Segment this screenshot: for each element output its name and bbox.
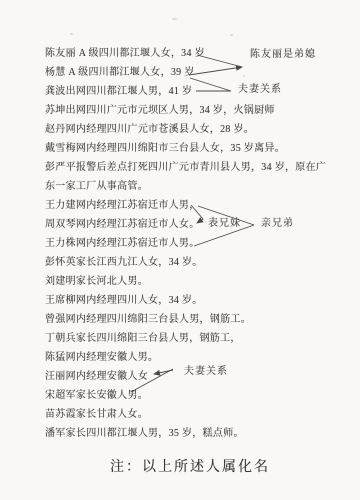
annotation-couple-top: 夫妻关系 [238,84,282,96]
doc-line: 苏坤出网四川广元市元坝区人男，34 岁，火锅厨师 [45,105,275,117]
doc-line: 陈猛网内经理安徽人男。 [45,352,158,364]
doc-line: 周双琴网内经理江苏宿迁市人女。 [45,219,200,231]
arrow-couple-top [190,78,231,91]
scan-speck [172,18,177,20]
doc-line: 彭怀英家长江西九江人女，34 岁。 [45,257,203,269]
scan-speck [70,33,73,35]
annotation-couple-bottom: 夫妻关系 [184,366,228,378]
doc-line: 丁朝兵家长四川绵阳三台县人男，钢筋工， [45,333,241,345]
doc-line: 东一家工厂从事高管。 [45,181,148,193]
doc-line: 刘建明家长河北人男。 [45,276,148,288]
doc-line: 杨慧 A 级四川都江堰人女，39 岁 [45,67,195,79]
scan-speck [243,75,245,77]
doc-line: 彭严平报警后差点打死四川广元市青川县人男，34 岁，原在广 [45,162,326,174]
doc-line: 陈友丽 A 级四川都江堰人女，34 岁 [45,48,205,60]
doc-line: 曾强网内经理四川绵阳三台县人男，钢筋工。 [45,314,251,326]
doc-line: 赵丹网内经理四川广元市苍溪县人女，28 岁。 [45,124,254,136]
scanned-document-page: 陈友丽 A 级四川都江堰人女，34 岁 杨慧 A 级四川都江堰人女，39 岁 龚… [0,0,360,500]
doc-line: 王席柳网内经理四川人女，34 岁。 [45,295,203,307]
doc-line: 龚波出网四川都江堰人男，41 岁 [45,86,192,98]
doc-line: 王力株网内经理江苏宿迁市人男。 [45,238,200,250]
doc-line: 苗苏霞家长甘肃人女。 [45,409,148,421]
footer-note: 注：以上所述人属化名 [110,456,270,476]
doc-line: 王力建网内经理江苏宿迁市人男， [45,200,200,212]
doc-line: 汪丽网内经理安徽人女 [45,371,148,383]
doc-line: 宋超军家长安徽人男。 [45,390,148,402]
doc-line: 戴雪梅网内经理四川绵阳市三台县人女，35 岁离异。 [45,143,285,155]
annotation-brothers: 亲兄弟 [261,218,294,230]
annotation-sister-in-law: 陈友丽是弟媳 [250,49,316,61]
scan-speck [230,34,233,36]
annotation-cousins: 表兄妹 [208,218,241,230]
doc-line: 潘军家长四川都江堰人男，35 岁，糕点师。 [45,428,244,440]
